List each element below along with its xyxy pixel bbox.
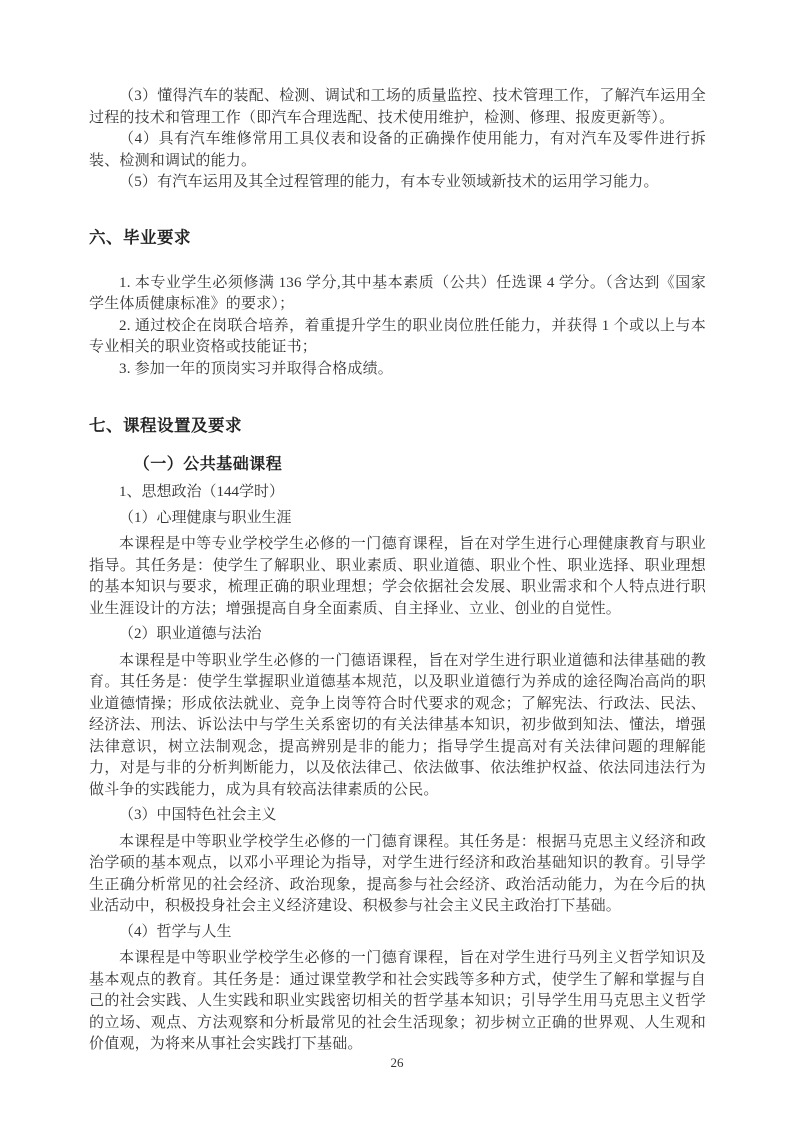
course-title-ideology-politics: 1、思想政治（144学时） — [89, 482, 706, 504]
subsection-heading-public-basic-courses: （一）公共基础课程 — [89, 451, 706, 474]
document-page: （3）懂得汽车的装配、检测、调试和工场的质量监控、技术管理工作，了解汽车运用全过… — [0, 0, 794, 1123]
graduation-requirement-1: 1. 本专业学生必须修满 136 学分,其中基本素质（公共）任选课 4 学分。（… — [89, 273, 706, 316]
page-content: （3）懂得汽车的装配、检测、调试和工场的质量监控、技术管理工作，了解汽车运用全过… — [89, 86, 706, 1056]
graduation-requirement-2: 2. 通过校企在岗联合培养，着重提升学生的职业岗位胜任能力，并获得 1 个或以上… — [89, 316, 706, 359]
graduation-requirement-3: 3. 参加一年的顶岗实习并取得合格成绩。 — [89, 359, 706, 381]
course-item-heading-ethics-law: （2）职业道德与法治 — [89, 624, 706, 646]
course-item-body-psych-health: 本课程是中等专业学校学生必修的一门德育课程，旨在对学生进行心理健康教育与职业指导… — [89, 534, 706, 620]
intro-paragraph-5: （5）有汽车运用及其全过程管理的能力，有本专业领域新技术的运用学习能力。 — [89, 172, 706, 194]
intro-paragraph-4: （4）具有汽车维修常用工具仪表和设备的正确操作使用能力，有对汽车及零件进行拆装、… — [89, 129, 706, 172]
course-item-body-socialism: 本课程是中等职业学校学生必修的一门德育课程。其任务是：根据马克思主义经济和政治学… — [89, 832, 706, 918]
course-item-body-philosophy-life: 本课程是中等职业学校学生必修的一门德育课程，旨在对学生进行马列主义哲学知识及基本… — [89, 948, 706, 1056]
intro-paragraph-3: （3）懂得汽车的装配、检测、调试和工场的质量监控、技术管理工作，了解汽车运用全过… — [89, 86, 706, 129]
course-item-heading-philosophy-life: （4）哲学与人生 — [89, 922, 706, 944]
page-number: 26 — [0, 1055, 794, 1071]
section-heading-curriculum: 七、课程设置及要求 — [89, 412, 706, 436]
course-item-heading-socialism: （3）中国特色社会主义 — [89, 805, 706, 827]
section-heading-graduation-requirements: 六、毕业要求 — [89, 224, 706, 248]
course-item-heading-psych-health: （1）心理健康与职业生涯 — [89, 508, 706, 530]
course-item-body-ethics-law: 本课程是中等职业学生必修的一门德语课程，旨在对学生进行职业道德和法律基础的教育。… — [89, 651, 706, 802]
